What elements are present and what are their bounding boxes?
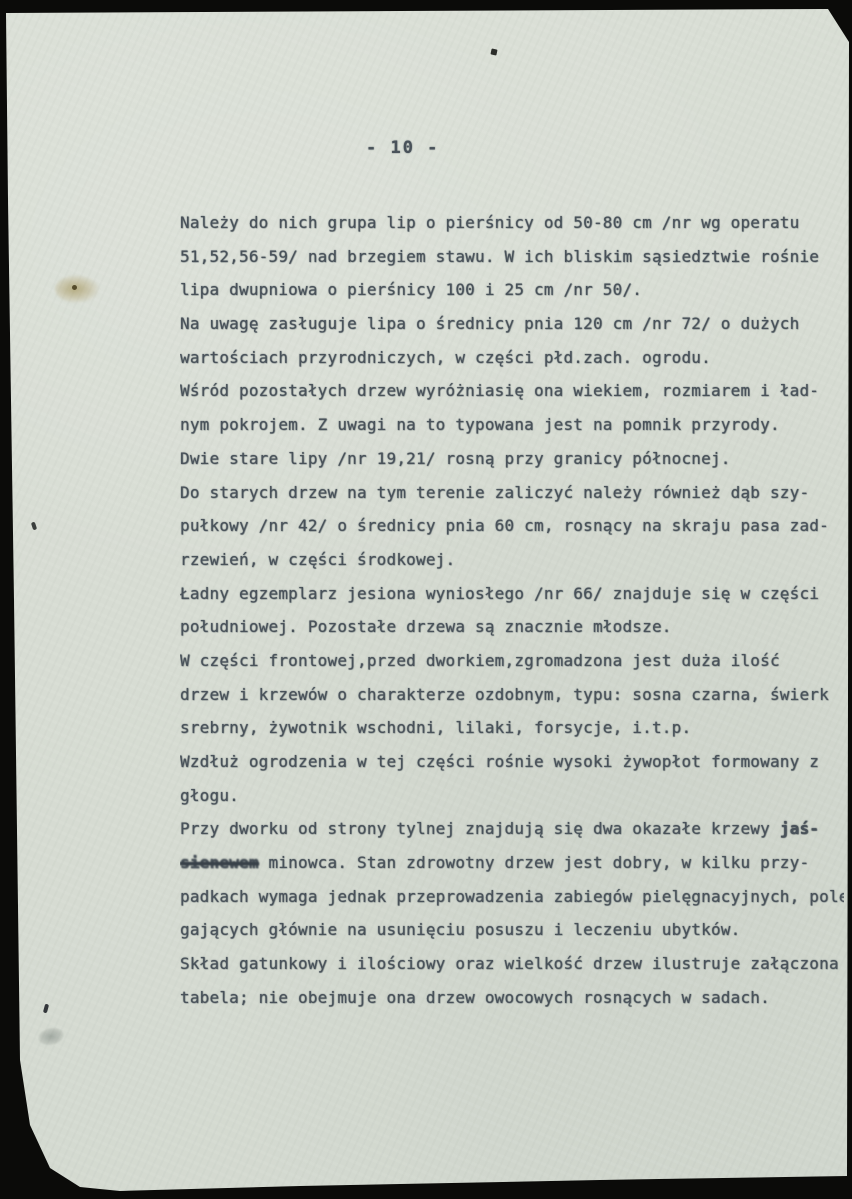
text-segment: rzewień, w części środkowej. — [180, 550, 455, 569]
text-line: Na uwagę zasługuje lipa o średnicy pnia … — [180, 307, 844, 341]
document-page: - 10 - Należy do nich grupa lip o pierśn… — [0, 0, 852, 1199]
text-line: drzew i krzewów o charakterze ozdobnym, … — [180, 678, 844, 712]
scanner-background: - 10 - Należy do nich grupa lip o pierśn… — [0, 0, 852, 1199]
text-line: Wśród pozostałych drzew wyróżniasię ona … — [180, 374, 844, 408]
text-line: Wzdłuż ogrodzenia w tej części rośnie wy… — [180, 745, 844, 779]
text-segment: lipa dwupniowa o pierśnicy 100 i 25 cm /… — [180, 280, 642, 299]
text-line: tabela; nie obejmuje ona drzew owocowych… — [180, 981, 844, 1015]
text-line: głogu. — [180, 779, 844, 813]
text-segment: 51,52,56-59/ nad brzegiem stawu. W ich b… — [180, 247, 819, 266]
text-segment: pułkowy /nr 42/ o średnicy pnia 60 cm, r… — [180, 516, 829, 535]
text-line: W części frontowej,przed dworkiem,zgroma… — [180, 644, 844, 678]
stain-spot — [55, 275, 99, 303]
text-line: Należy do nich grupa lip o pierśnicy od … — [180, 206, 844, 240]
text-segment: Skład gatunkowy i ilościowy oraz wielkoś… — [180, 954, 839, 973]
text-segment: Przy dworku od strony tylnej znajdują si… — [180, 819, 780, 838]
text-segment: W części frontowej,przed dworkiem,zgroma… — [180, 651, 780, 670]
text-segment: Wśród pozostałych drzew wyróżniasię ona … — [180, 381, 819, 400]
struck-word: sienewem — [180, 853, 259, 872]
page-number: - 10 - — [366, 138, 439, 158]
text-segment: tabela; nie obejmuje ona drzew owocowych… — [180, 988, 770, 1007]
text-line: Do starych drzew na tym terenie zaliczyć… — [180, 476, 844, 510]
text-segment: gających głównie na usunięciu posuszu i … — [180, 920, 740, 939]
text-line: sienewem minowca. Stan zdrowotny drzew j… — [180, 846, 844, 880]
text-line: Skład gatunkowy i ilościowy oraz wielkoś… — [180, 947, 844, 981]
text-segment: Dwie stare lipy /nr 19,21/ rosną przy gr… — [180, 449, 731, 468]
text-segment: Wzdłuż ogrodzenia w tej części rośnie wy… — [180, 752, 819, 771]
text-segment: Do starych drzew na tym terenie zaliczyć… — [180, 483, 809, 502]
text-segment: Ładny egzemplarz jesiona wyniosłego /nr … — [180, 584, 819, 603]
text-line: nym pokrojem. Z uwagi na to typowana jes… — [180, 408, 844, 442]
text-segment: drzew i krzewów o charakterze ozdobnym, … — [180, 685, 829, 704]
text-segment: padkach wymaga jednak przeprowadzenia za… — [180, 887, 844, 906]
text-line: srebrny, żywotnik wschodni, lilaki, fors… — [180, 711, 844, 745]
text-segment: nym pokrojem. Z uwagi na to typowana jes… — [180, 415, 780, 434]
text-segment: srebrny, żywotnik wschodni, lilaki, fors… — [180, 718, 691, 737]
text-segment: Należy do nich grupa lip o pierśnicy od … — [180, 213, 799, 232]
text-line: pułkowy /nr 42/ o średnicy pnia 60 cm, r… — [180, 509, 844, 543]
ink-speck — [490, 48, 497, 55]
text-segment: południowej. Pozostałe drzewa są znaczni… — [180, 617, 672, 636]
text-segment: wartościach przyrodniczych, w części płd… — [180, 348, 711, 367]
text-line: 51,52,56-59/ nad brzegiem stawu. W ich b… — [180, 240, 844, 274]
text-line: wartościach przyrodniczych, w części płd… — [180, 341, 844, 375]
ink-speck — [31, 522, 37, 531]
text-segment: jaś- — [780, 819, 819, 838]
text-segment: minowca. Stan zdrowotny drzew jest dobry… — [259, 853, 810, 872]
text-line: rzewień, w części środkowej. — [180, 543, 844, 577]
document-body: Należy do nich grupa lip o pierśnicy od … — [180, 206, 844, 1015]
text-line: padkach wymaga jednak przeprowadzenia za… — [180, 880, 844, 914]
smudge-mark — [37, 1025, 66, 1047]
text-line: Ładny egzemplarz jesiona wyniosłego /nr … — [180, 577, 844, 611]
text-line: południowej. Pozostałe drzewa są znaczni… — [180, 610, 844, 644]
stain-dot — [72, 285, 77, 290]
text-line: Przy dworku od strony tylnej znajdują si… — [180, 812, 844, 846]
text-line: lipa dwupniowa o pierśnicy 100 i 25 cm /… — [180, 273, 844, 307]
text-line: Dwie stare lipy /nr 19,21/ rosną przy gr… — [180, 442, 844, 476]
ink-speck — [43, 1004, 49, 1014]
text-line: gających głównie na usunięciu posuszu i … — [180, 913, 844, 947]
text-segment: Na uwagę zasługuje lipa o średnicy pnia … — [180, 314, 799, 333]
text-segment: głogu. — [180, 786, 239, 805]
